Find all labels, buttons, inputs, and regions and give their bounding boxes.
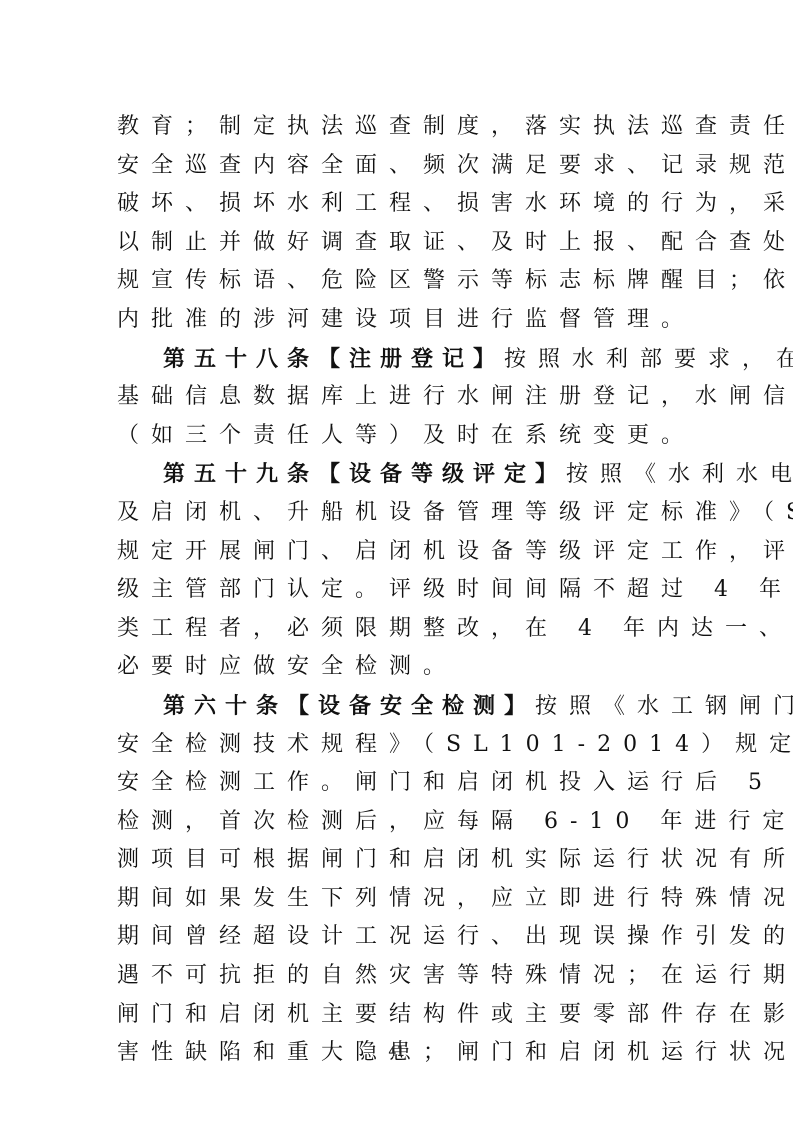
text-line: 规宣传标语、危险区警示等标志标牌醒目；依法对管理范围 (117, 262, 677, 301)
text-line: 遇不可抗拒的自然灾害等特殊情况；在运行期间发现并确认 (117, 957, 677, 996)
text-line: 安全巡查内容全面、频次满足要求、记录规范；发现侵占、 (117, 147, 677, 186)
line-text: （如三个责任人等）及时在系统变更。 (117, 423, 695, 448)
text-line: 测项目可根据闸门和启闭机实际运行状况有所侧重。在运行 (117, 841, 677, 880)
line-text: 遇不可抗拒的自然灾害等特殊情况；在运行期间发现并确认 (117, 963, 793, 988)
line-text: 必要时应做安全检测。 (117, 654, 457, 679)
line-text: 按照《水工钢闸门和启闭机 (535, 694, 793, 719)
line-text: 规宣传标语、危险区警示等标志标牌醒目；依法对管理范围 (117, 268, 793, 293)
line-text: 基础信息数据库上进行水闸注册登记，水闸信息发生变化的 (117, 384, 793, 409)
line-text: 以制止并做好调查取证、及时上报、配合查处等工作；水法 (117, 230, 793, 255)
article-heading-line: 第五十九条【设备等级评定】按照《水利水电工程闸门 (117, 455, 677, 494)
text-line: 及启闭机、升船机设备管理等级评定标准》（SL240-1999） (117, 494, 677, 533)
line-text: 类工程者，必须限期整改，在 4 年内达一、二类单位工程。 (117, 616, 793, 641)
line-text: 测项目可根据闸门和启闭机实际运行状况有所侧重。在运行 (117, 847, 793, 872)
line-text: 安全检测技术规程》（SL101-2014）规定开展闸门和启闭机 (117, 732, 793, 757)
line-text: 期间如果发生下列情况，应立即进行特殊情况检测。在运行 (117, 886, 793, 911)
text-line: 类工程者，必须限期整改，在 4 年内达一、二类单位工程。 (117, 610, 677, 649)
line-text: 安全检测工作。闸门和启闭机投入运行后 5 年内应进行首次 (117, 770, 793, 795)
page-number: 41 (0, 1045, 793, 1060)
line-text: 闸门和启闭机主要结构件或主要零部件存在影响安全的危 (117, 1002, 793, 1027)
text-line: 以制止并做好调查取证、及时上报、配合查处等工作；水法 (117, 224, 677, 263)
line-text: 检测，首次检测后，应每隔 6-10 年进行定期检测。定期检 (117, 809, 793, 834)
line-text: 及启闭机、升船机设备管理等级评定标准》（SL240-1999） (117, 500, 793, 525)
line-text: 期间曾经超设计工况运行、出现误操作引发的重大事故、遭 (117, 924, 793, 949)
text-line: 规定开展闸门、启闭机设备等级评定工作，评定结果报经上 (117, 533, 677, 572)
line-text: 按照水利部要求，在堤防水闸 (504, 347, 793, 372)
text-line: 安全检测工作。闸门和启闭机投入运行后 5 年内应进行首次 (117, 764, 677, 803)
text-line: 期间如果发生下列情况，应立即进行特殊情况检测。在运行 (117, 880, 677, 919)
text-line: 破坏、损坏水利工程、损害水环境的行为，采取有效措施予 (117, 185, 677, 224)
document-body: 教育；制定执法巡查制度，落实执法巡查责任，要求水行政安全巡查内容全面、频次满足要… (117, 108, 677, 1073)
line-text: 教育；制定执法巡查制度，落实执法巡查责任，要求水行政 (117, 114, 793, 139)
text-line: 基础信息数据库上进行水闸注册登记，水闸信息发生变化的 (117, 378, 677, 417)
text-line: 内批准的涉河建设项目进行监督管理。 (117, 301, 677, 340)
article-heading-line: 第五十八条【注册登记】按照水利部要求，在堤防水闸 (117, 340, 677, 379)
article-title: 第五十八条【注册登记】 (163, 346, 504, 372)
line-text: 按照《水利水电工程闸门 (566, 462, 793, 487)
text-line: 闸门和启闭机主要结构件或主要零部件存在影响安全的危 (117, 996, 677, 1035)
line-text: 破坏、损坏水利工程、损害水环境的行为，采取有效措施予 (117, 191, 793, 216)
text-line: 必要时应做安全检测。 (117, 648, 677, 687)
text-line: （如三个责任人等）及时在系统变更。 (117, 417, 677, 456)
text-line: 级主管部门认定。评级时间间隔不超过 4 年，凡被认定为三 (117, 571, 677, 610)
text-line: 检测，首次检测后，应每隔 6-10 年进行定期检测。定期检 (117, 803, 677, 842)
text-line: 期间曾经超设计工况运行、出现误操作引发的重大事故、遭 (117, 918, 677, 957)
article-title: 第五十九条【设备等级评定】 (163, 461, 566, 487)
article-heading-line: 第六十条【设备安全检测】按照《水工钢闸门和启闭机 (117, 687, 677, 726)
line-text: 安全巡查内容全面、频次满足要求、记录规范；发现侵占、 (117, 153, 793, 178)
text-line: 教育；制定执法巡查制度，落实执法巡查责任，要求水行政 (117, 108, 677, 147)
line-text: 级主管部门认定。评级时间间隔不超过 4 年，凡被认定为三 (117, 577, 793, 602)
text-line: 安全检测技术规程》（SL101-2014）规定开展闸门和启闭机 (117, 726, 677, 765)
line-text: 内批准的涉河建设项目进行监督管理。 (117, 307, 695, 332)
line-text: 规定开展闸门、启闭机设备等级评定工作，评定结果报经上 (117, 539, 793, 564)
article-title: 第六十条【设备安全检测】 (163, 693, 535, 719)
